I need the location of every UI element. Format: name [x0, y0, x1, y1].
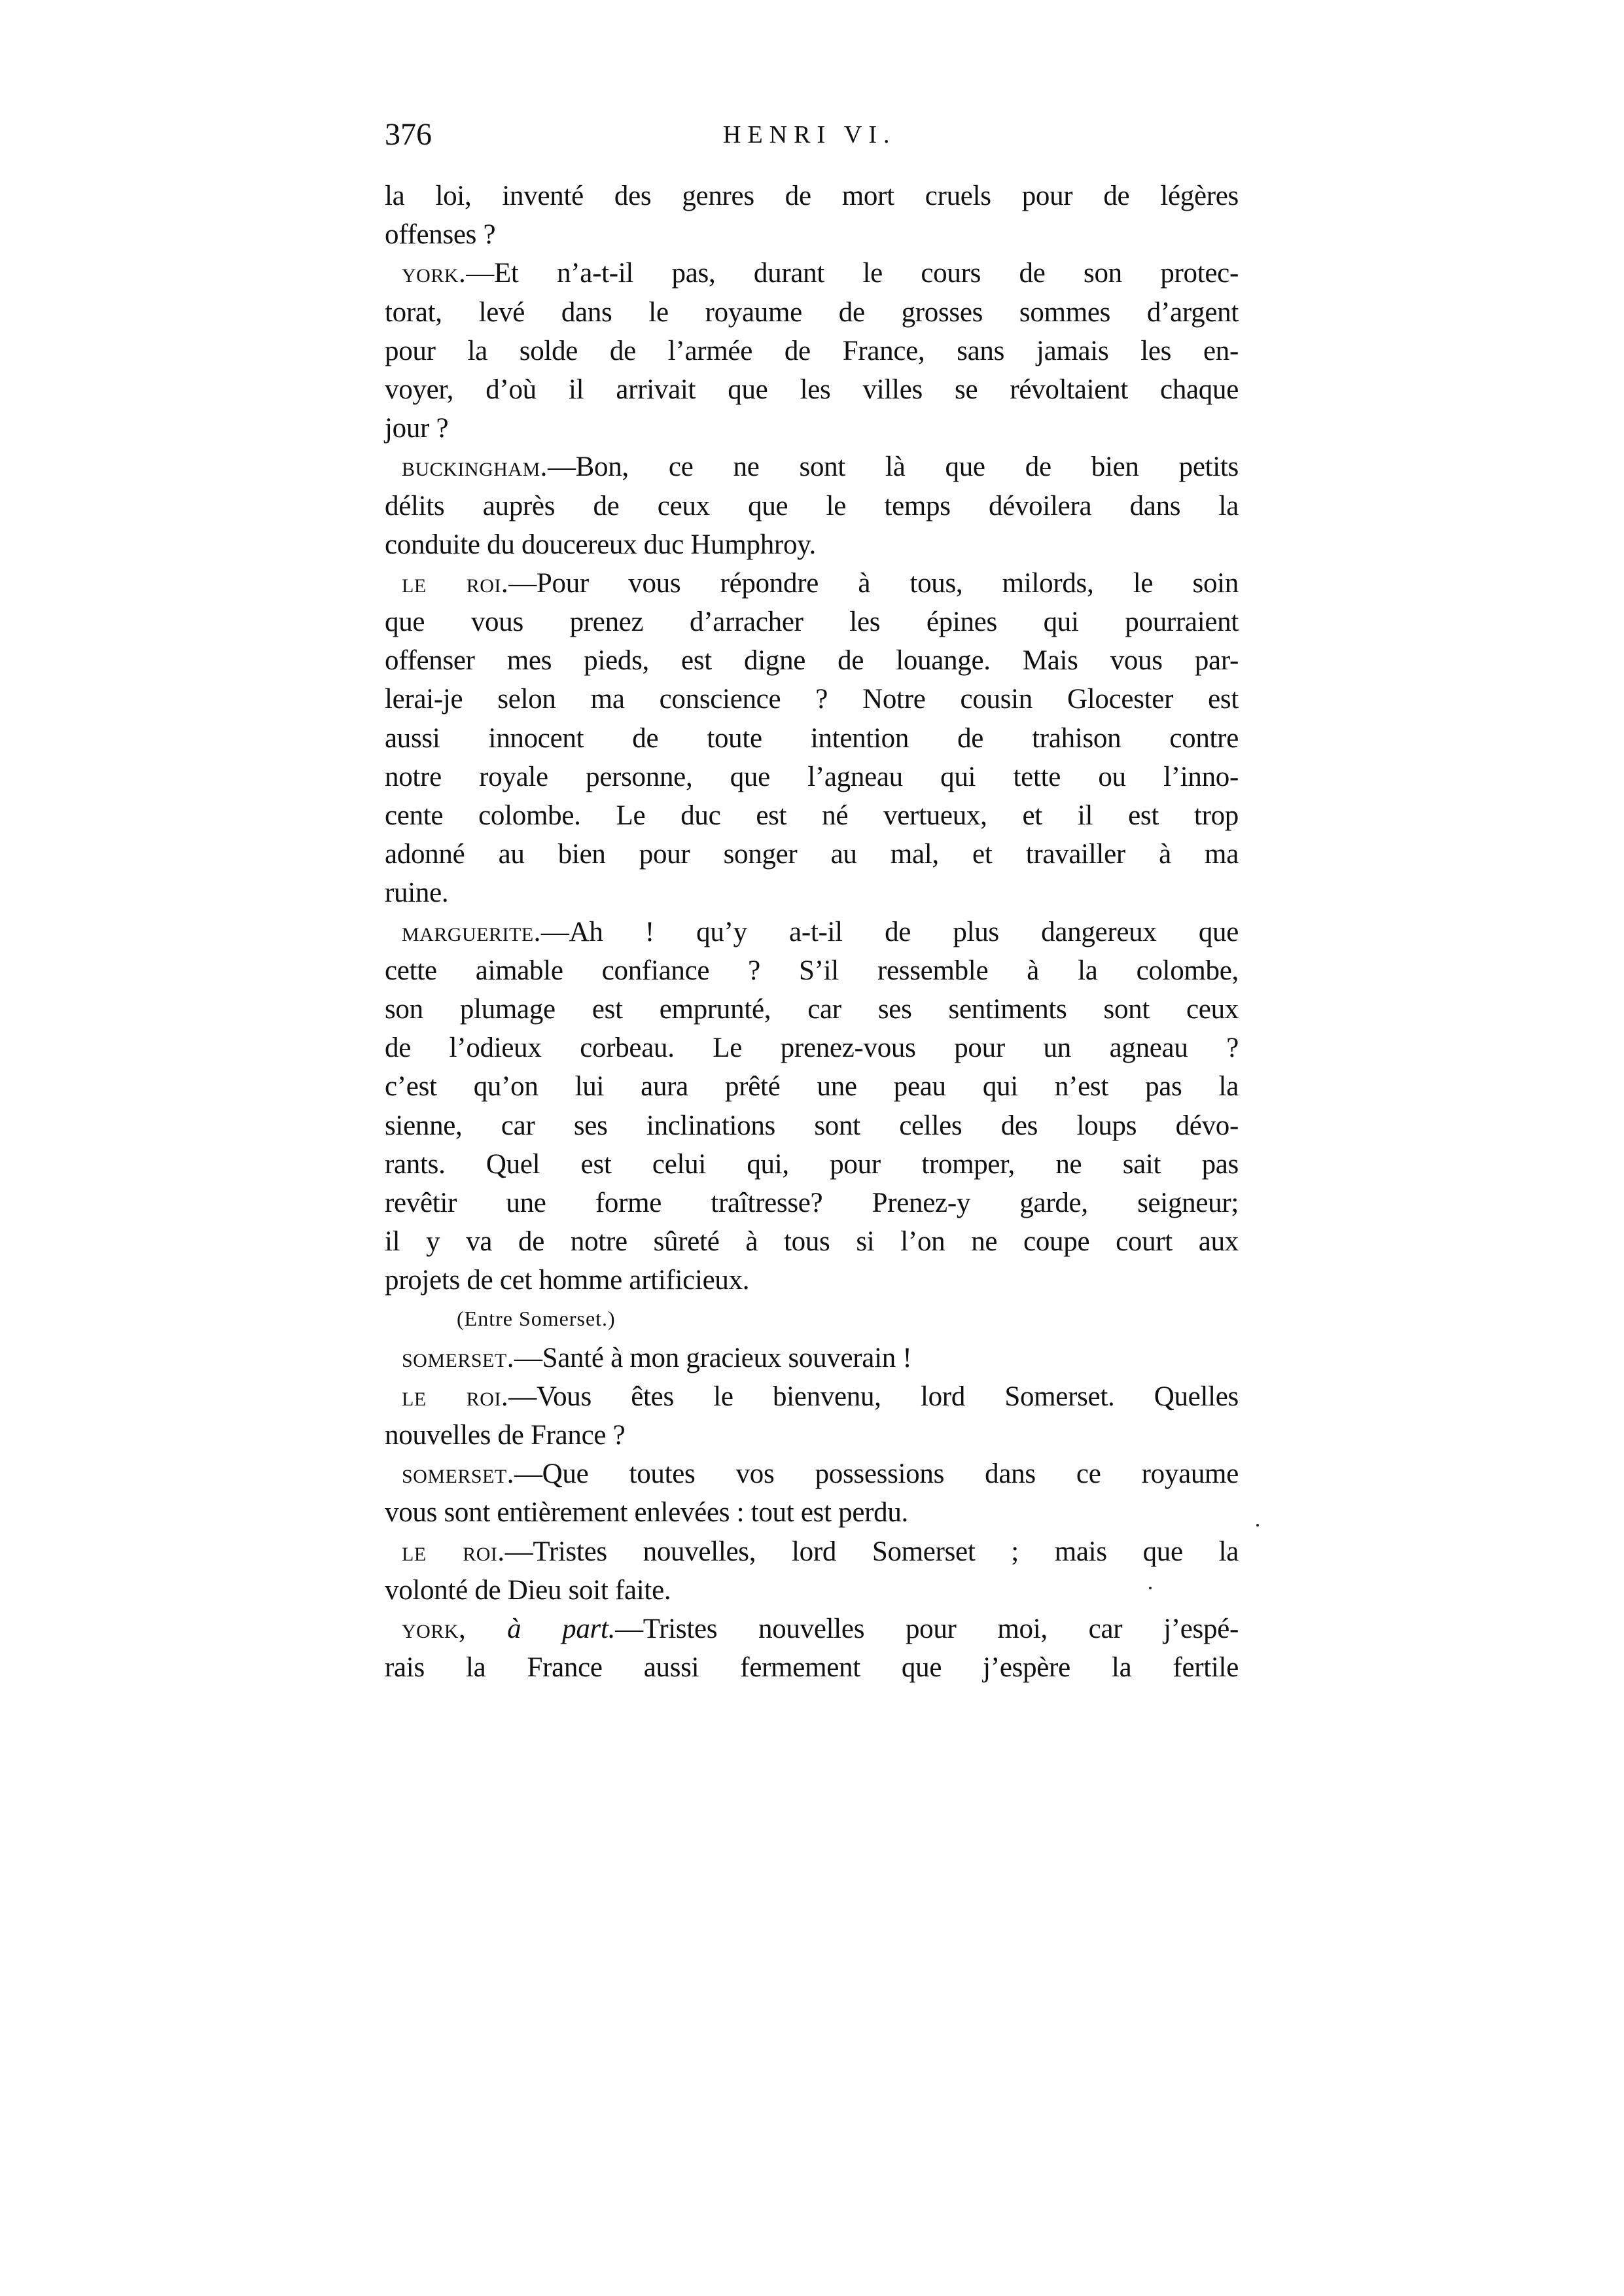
- speech-line: MARGUERITE.—Ah ! qu’y a-t-il de plus dan…: [385, 913, 1239, 951]
- print-speck: [1256, 1524, 1259, 1527]
- text-line: projets de cet homme artificieux.: [385, 1261, 1239, 1299]
- text-line: lerai-je selon ma conscience ? Notre cou…: [385, 680, 1239, 718]
- speaker-name: SOMERSET.: [402, 1458, 514, 1489]
- speech-line: SOMERSET.—Santé à mon gracieux souverain…: [385, 1339, 1239, 1377]
- text-line: jour ?: [385, 409, 1239, 448]
- text-line: conduite du doucereux duc Humphroy.: [385, 525, 1239, 564]
- body-text: la loi, inventé des genres de mort cruel…: [385, 177, 1239, 1687]
- speech-line: SOMERSET.—Que toutes vos possessions dan…: [385, 1455, 1239, 1493]
- text-line: pour la solde de l’armée de France, sans…: [385, 332, 1239, 370]
- speaker-name: YORK.: [402, 258, 466, 289]
- speech-line: LE ROI.—Tristes nouvelles, lord Somerset…: [385, 1532, 1239, 1571]
- speech-line: YORK.—Et n’a-t-il pas, durant le cours d…: [385, 254, 1239, 292]
- text-line: la loi, inventé des genres de mort cruel…: [385, 177, 1239, 215]
- print-speck: [1149, 1587, 1152, 1589]
- text-line: de l’odieux corbeau. Le prenez-vous pour…: [385, 1029, 1239, 1067]
- text-line: offenses ?: [385, 215, 1239, 254]
- text-line: c’est qu’on lui aura prêté une peau qui …: [385, 1067, 1239, 1106]
- text-line: voyer, d’où il arrivait que les villes s…: [385, 370, 1239, 409]
- text-line: cente colombe. Le duc est né vertueux, e…: [385, 796, 1239, 835]
- speech-line: LE ROI.—Vous êtes le bienvenu, lord Some…: [385, 1377, 1239, 1416]
- speaker-name: MARGUERITE.: [402, 917, 541, 947]
- text-line: volonté de Dieu soit faite.: [385, 1571, 1239, 1610]
- aside-direction: à part.: [507, 1614, 615, 1644]
- text-line: nouvelles de France ?: [385, 1416, 1239, 1455]
- text-line: son plumage est emprunté, car ses sentim…: [385, 990, 1239, 1029]
- text-line: il y va de notre sûreté à tous si l’on n…: [385, 1222, 1239, 1261]
- running-title: HENRI VI.: [723, 118, 896, 152]
- text-line: vous sont entièrement enlevées : tout es…: [385, 1493, 1239, 1532]
- book-page: 376 HENRI VI. la loi, inventé des genres…: [0, 0, 1624, 2296]
- text-line: sienne, car ses inclinations sont celles…: [385, 1106, 1239, 1145]
- text-line: adonné au bien pour songer au mal, et tr…: [385, 835, 1239, 874]
- speech-line: LE ROI.—Pour vous répondre à tous, milor…: [385, 564, 1239, 603]
- text-line: cette aimable confiance ? S’il ressemble…: [385, 951, 1239, 990]
- text-line: ruine.: [385, 874, 1239, 912]
- speaker-name: SOMERSET.: [402, 1343, 514, 1373]
- speech-line: BUCKINGHAM.—Bon, ce ne sont là que de bi…: [385, 448, 1239, 486]
- speaker-name: LE ROI.: [402, 1536, 505, 1567]
- text-line: revêtir une forme traîtresse? Prenez-y g…: [385, 1184, 1239, 1222]
- text-line: rants. Quel est celui qui, pour tromper,…: [385, 1145, 1239, 1184]
- speaker-name: YORK,: [402, 1614, 466, 1644]
- speaker-name: BUCKINGHAM.: [402, 451, 548, 482]
- running-head: 376 HENRI VI.: [385, 115, 1239, 154]
- speaker-name: LE ROI.: [402, 1381, 508, 1412]
- text-line: aussi innocent de toute intention de tra…: [385, 719, 1239, 758]
- text-line: offenser mes pieds, est digne de louange…: [385, 641, 1239, 680]
- speaker-name: LE ROI.: [402, 568, 508, 599]
- page-number: 376: [385, 115, 432, 154]
- speech-line: YORK, à part.—Tristes nouvelles pour moi…: [385, 1610, 1239, 1648]
- text-line: rais la France aussi fermement que j’esp…: [385, 1648, 1239, 1687]
- text-line: délits auprès de ceux que le temps dévoi…: [385, 487, 1239, 525]
- text-line: notre royale personne, que l’agneau qui …: [385, 758, 1239, 796]
- text-line: que vous prenez d’arracher les épines qu…: [385, 603, 1239, 641]
- stage-direction: (Entre Somerset.): [385, 1299, 1239, 1338]
- text-line: torat, levé dans le royaume de grosses s…: [385, 293, 1239, 332]
